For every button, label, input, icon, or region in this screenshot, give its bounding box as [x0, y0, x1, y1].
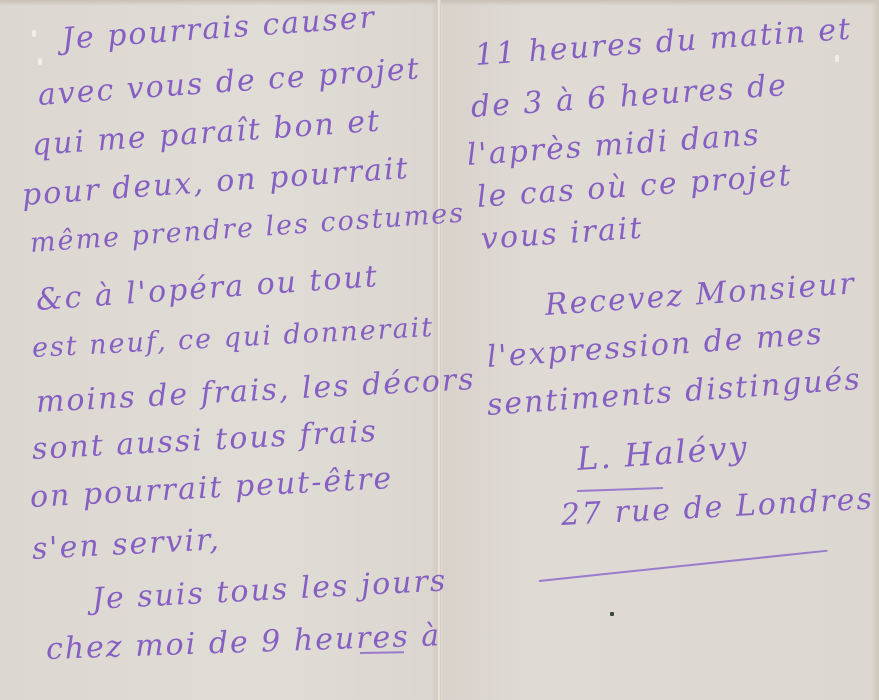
handwritten-line: l'expression de mes: [486, 317, 825, 375]
right-page: 11 heures du matin et de 3 à 6 heures de…: [441, 0, 879, 700]
signature-underline: [577, 487, 663, 492]
ink-speck: [610, 612, 614, 616]
letter-spread: Je pourrais causer avec vous de ce proje…: [0, 0, 879, 700]
handwritten-line: &c à l'opéra ou tout: [35, 259, 380, 318]
handwritten-line: vous irait: [480, 211, 645, 257]
handwritten-line: moins de frais, les décors: [35, 362, 476, 420]
handwritten-line: Recevez Monsieur: [544, 266, 857, 323]
handwritten-line: Je pourrais causer: [61, 0, 377, 57]
handwritten-line: on pourrait peut-être: [29, 461, 394, 515]
handwritten-line: s'en servir,: [31, 522, 221, 567]
handwritten-line: qui me paraît bon et: [31, 104, 382, 163]
handwritten-line: de 3 à 6 heures de: [470, 68, 789, 125]
handwritten-line: 11 heures du matin et: [474, 12, 853, 73]
handwritten-line: pour deux, on pourrait: [21, 151, 411, 213]
handwritten-line: sont aussi tous frais: [31, 414, 379, 467]
handwritten-line: Je suis tous les jours: [91, 563, 448, 617]
handwritten-line: chez moi de 9 heures à: [45, 618, 441, 667]
handwritten-line: est neuf, ce qui donnerait: [31, 312, 435, 364]
signature: L. Halévy: [576, 428, 750, 478]
left-page: Je pourrais causer avec vous de ce proje…: [0, 0, 438, 700]
address-underline: [539, 550, 828, 582]
